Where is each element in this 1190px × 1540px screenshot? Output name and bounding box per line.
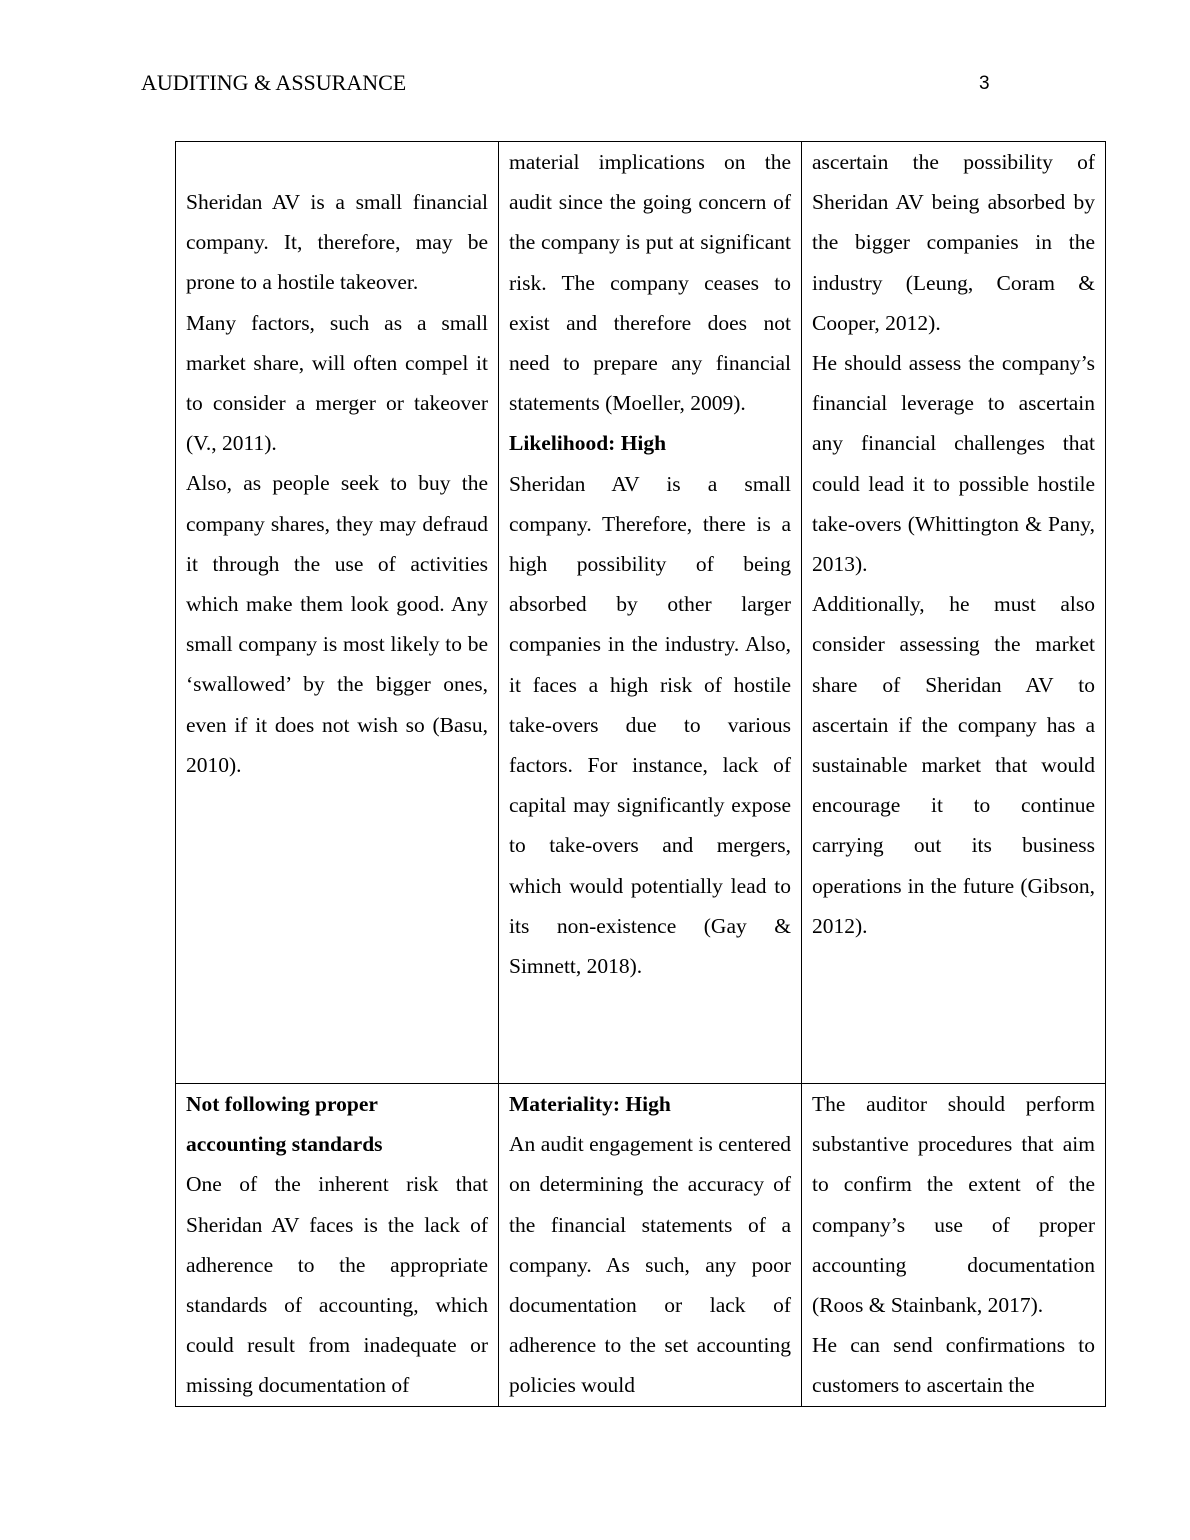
audit-response-cell: ascertain the possibility of Sheridan AV… <box>802 142 1106 1084</box>
paragraph: The auditor should perform substantive p… <box>812 1084 1095 1325</box>
paragraph: An audit engagement is centered on deter… <box>509 1124 791 1405</box>
table-row: Sheridan AV is a small financial company… <box>176 142 1106 1084</box>
paragraph: He can send confirmations to customers t… <box>812 1325 1095 1405</box>
risk-heading-line: accounting standards <box>186 1124 488 1164</box>
risk-description-cell: Not following proper accounting standard… <box>176 1084 499 1407</box>
paragraph: Also, as people seek to buy the company … <box>186 463 488 785</box>
page-number: 3 <box>979 73 990 95</box>
risk-assessment-cell: material implications on the audit since… <box>499 142 802 1084</box>
audit-response-cell: The auditor should perform substantive p… <box>802 1084 1106 1407</box>
materiality-heading: Materiality: High <box>509 1084 791 1124</box>
table-row: Not following proper accounting standard… <box>176 1084 1106 1407</box>
paragraph: ascertain the possibility of Sheridan AV… <box>812 142 1095 343</box>
likelihood-heading: Likelihood: High <box>509 423 791 463</box>
blank-line <box>186 142 488 182</box>
paragraph: He should assess the company’s financial… <box>812 343 1095 584</box>
paragraph: Additionally, he must also consider asse… <box>812 584 1095 946</box>
paragraph: Many factors, such as a small market sha… <box>186 303 488 464</box>
risk-description-cell: Sheridan AV is a small financial company… <box>176 142 499 1084</box>
risk-assessment-cell: Materiality: High An audit engagement is… <box>499 1084 802 1407</box>
paragraph: material implications on the audit since… <box>509 142 791 423</box>
risk-heading-line: Not following proper <box>186 1084 488 1124</box>
paragraph: One of the inherent risk that Sheridan A… <box>186 1164 488 1405</box>
paragraph: Sheridan AV is a small financial company… <box>186 182 488 303</box>
paragraph: Sheridan AV is a small company. Therefor… <box>509 464 791 987</box>
running-header-title: AUDITING & ASSURANCE <box>141 70 406 96</box>
risk-assessment-table: Sheridan AV is a small financial company… <box>175 141 1106 1407</box>
